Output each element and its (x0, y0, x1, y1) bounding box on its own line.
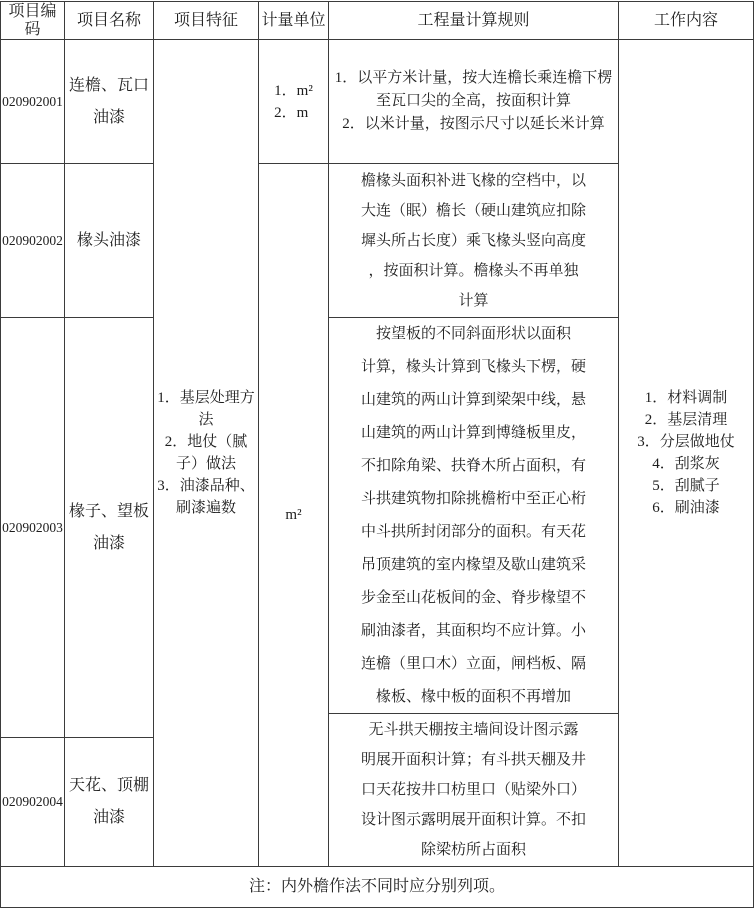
calculation-rule-cell: 檐椽头面积补进飞椽的空档中，以 大连（眠）檐长（硬山建筑应扣除 墀头所占长度）乘… (329, 164, 619, 318)
footnote: 注：内外檐作法不同时应分别列项。 (1, 867, 753, 907)
project-code-cell: 020902003 (1, 318, 65, 738)
quantity-rules-table: 项目编码 项目名称 项目特征 计量单位 工程量计算规则 工作内容 0209020… (0, 1, 754, 908)
project-code-cell: 020902001 (1, 40, 65, 164)
col-header-project-features: 项目特征 (154, 2, 259, 40)
calculation-rule-cell: 无斗拱天棚按主墙间设计图示露 明展开面积计算；有斗拱天棚及井 口天花按井口枋里口… (329, 714, 619, 867)
project-name-cell: 天花、顶棚 油漆 (65, 738, 154, 867)
project-name-cell: 椽头油漆 (65, 164, 154, 318)
calculation-rule-cell: 1．以平方米计量，按大连檐长乘连檐下楞 至瓦口尖的全高，按面积计算 2．以米计量… (329, 40, 619, 164)
measurement-unit-merged-cell: m² (259, 164, 329, 867)
col-header-measurement-unit: 计量单位 (259, 2, 329, 40)
project-name-cell: 连檐、瓦口 油漆 (65, 40, 154, 164)
col-header-project-code: 项目编码 (1, 2, 65, 40)
col-header-work-content: 工作内容 (619, 2, 753, 40)
project-features-cell: 1．基层处理方 法 2．地仗（腻 子）做法 3．油漆品种、 刷漆遍数 (154, 40, 259, 867)
calculation-rule-cell: 按望板的不同斜面形状以面积 计算，椽头计算到飞椽头下楞，硬 山建筑的两山计算到梁… (329, 318, 619, 714)
col-header-project-name: 项目名称 (65, 2, 154, 40)
col-header-calculation-rules: 工程量计算规则 (329, 2, 619, 40)
project-name-cell: 椽子、望板 油漆 (65, 318, 154, 738)
measurement-unit-cell: 1．m² 2．m (259, 40, 329, 164)
work-content-cell: 1．材料调制 2．基层清理 3．分层做地仗 4．刮浆灰 5．刮腻子 6．刷油漆 (619, 40, 753, 867)
project-code-cell: 020902002 (1, 164, 65, 318)
project-code-cell: 020902004 (1, 738, 65, 867)
